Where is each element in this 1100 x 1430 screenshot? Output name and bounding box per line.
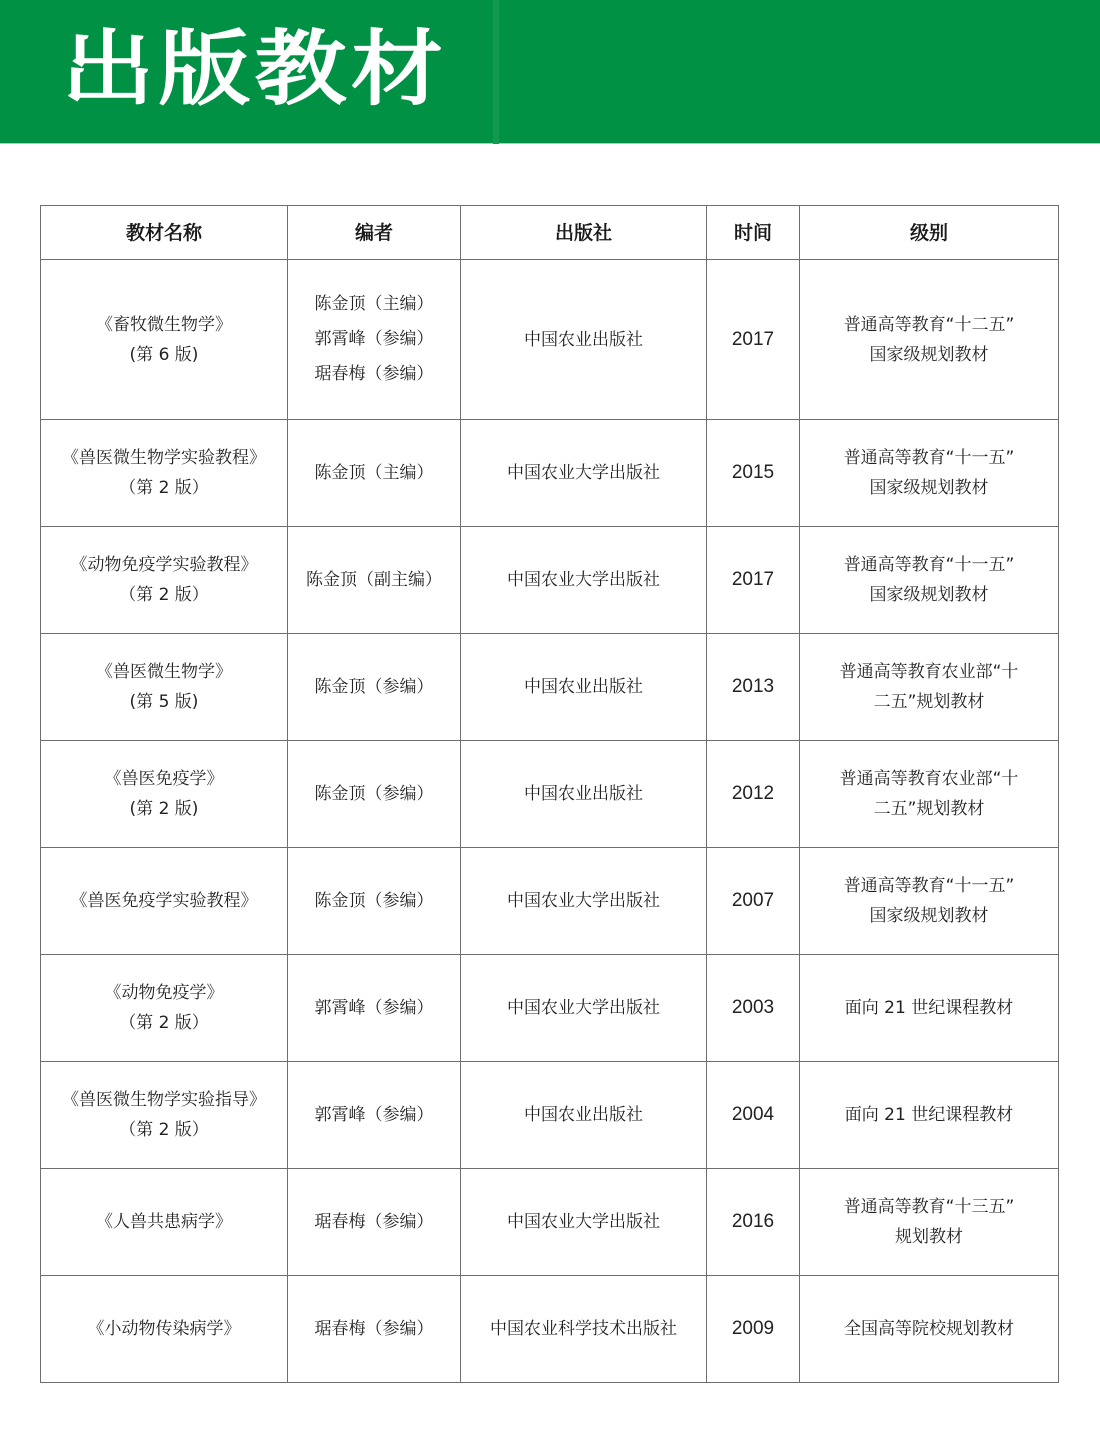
cell-editors: 郭霄峰（参编） bbox=[288, 1062, 461, 1169]
level-line: 国家级规划教材 bbox=[806, 340, 1052, 370]
cell-editors: 陈金顶（参编） bbox=[288, 634, 461, 741]
level-line: 全国高等院校规划教材 bbox=[806, 1314, 1052, 1344]
header-banner: 出版教材 bbox=[0, 0, 1100, 144]
cell-editors: 琚春梅（参编） bbox=[288, 1276, 461, 1383]
editor-line: 琚春梅（参编） bbox=[294, 1205, 454, 1240]
level-line: 普通高等教育农业部“十 bbox=[806, 657, 1052, 687]
cell-publisher: 中国农业大学出版社 bbox=[461, 1169, 707, 1276]
cell-year: 2016 bbox=[707, 1169, 800, 1276]
header-year: 时间 bbox=[707, 206, 800, 260]
cell-year: 2004 bbox=[707, 1062, 800, 1169]
cell-level: 普通高等教育“十一五”国家级规划教材 bbox=[800, 420, 1059, 527]
table-row: 《兽医免疫学》(第 2 版)陈金顶（参编）中国农业出版社2012普通高等教育农业… bbox=[41, 741, 1059, 848]
header-editors: 编者 bbox=[288, 206, 461, 260]
cell-year: 2017 bbox=[707, 260, 800, 420]
cell-title: 《兽医微生物学》(第 5 版) bbox=[41, 634, 288, 741]
table-row: 《兽医微生物学》(第 5 版)陈金顶（参编）中国农业出版社2013普通高等教育农… bbox=[41, 634, 1059, 741]
table-row: 《人兽共患病学》琚春梅（参编）中国农业大学出版社2016普通高等教育“十三五”规… bbox=[41, 1169, 1059, 1276]
book-title-line: （第 2 版） bbox=[47, 580, 281, 610]
cell-title: 《兽医微生物学实验指导》（第 2 版） bbox=[41, 1062, 288, 1169]
cell-publisher: 中国农业出版社 bbox=[461, 634, 707, 741]
editor-line: 陈金顶（参编） bbox=[294, 884, 454, 919]
book-title-line: 《人兽共患病学》 bbox=[47, 1207, 281, 1237]
editor-line: 琚春梅（参编） bbox=[294, 357, 454, 392]
editor-line: 郭霄峰（参编） bbox=[294, 322, 454, 357]
cell-title: 《动物免疫学实验教程》（第 2 版） bbox=[41, 527, 288, 634]
level-line: 普通高等教育“十一五” bbox=[806, 550, 1052, 580]
cell-editors: 陈金顶（副主编） bbox=[288, 527, 461, 634]
cell-year: 2015 bbox=[707, 420, 800, 527]
cell-editors: 陈金顶（主编）郭霄峰（参编）琚春梅（参编） bbox=[288, 260, 461, 420]
level-line: 二五”规划教材 bbox=[806, 794, 1052, 824]
cell-publisher: 中国农业大学出版社 bbox=[461, 955, 707, 1062]
cell-editors: 陈金顶（主编） bbox=[288, 420, 461, 527]
cell-level: 面向 21 世纪课程教材 bbox=[800, 1062, 1059, 1169]
editor-line: 陈金顶（主编） bbox=[294, 287, 454, 322]
book-title-line: (第 6 版) bbox=[47, 340, 281, 370]
textbooks-table-container: 教材名称 编者 出版社 时间 级别 《畜牧微生物学》(第 6 版)陈金顶（主编）… bbox=[40, 205, 1058, 1383]
book-title-line: 《动物免疫学》 bbox=[47, 978, 281, 1008]
page-title: 出版教材 bbox=[62, 22, 447, 118]
table-header-row: 教材名称 编者 出版社 时间 级别 bbox=[41, 206, 1059, 260]
header-level: 级别 bbox=[800, 206, 1059, 260]
level-line: 二五”规划教材 bbox=[806, 687, 1052, 717]
cell-year: 2012 bbox=[707, 741, 800, 848]
book-title-line: 《兽医微生物学实验指导》 bbox=[47, 1085, 281, 1115]
cell-publisher: 中国农业出版社 bbox=[461, 741, 707, 848]
table-row: 《动物免疫学》（第 2 版）郭霄峰（参编）中国农业大学出版社2003面向 21 … bbox=[41, 955, 1059, 1062]
cell-level: 普通高等教育农业部“十二五”规划教材 bbox=[800, 741, 1059, 848]
book-title-line: 《动物免疫学实验教程》 bbox=[47, 550, 281, 580]
level-line: 普通高等教育农业部“十 bbox=[806, 764, 1052, 794]
header-title: 教材名称 bbox=[41, 206, 288, 260]
level-line: 国家级规划教材 bbox=[806, 901, 1052, 931]
level-line: 面向 21 世纪课程教材 bbox=[806, 993, 1052, 1023]
cell-year: 2017 bbox=[707, 527, 800, 634]
editor-line: 陈金顶（参编） bbox=[294, 670, 454, 705]
book-title-line: 《兽医免疫学实验教程》 bbox=[47, 886, 281, 916]
book-title-line: (第 5 版) bbox=[47, 687, 281, 717]
book-title-line: 《兽医微生物学实验教程》 bbox=[47, 443, 281, 473]
cell-level: 普通高等教育农业部“十二五”规划教材 bbox=[800, 634, 1059, 741]
cell-publisher: 中国农业大学出版社 bbox=[461, 848, 707, 955]
book-title-line: （第 2 版） bbox=[47, 473, 281, 503]
cell-publisher: 中国农业大学出版社 bbox=[461, 527, 707, 634]
cell-editors: 陈金顶（参编） bbox=[288, 848, 461, 955]
editor-line: 琚春梅（参编） bbox=[294, 1312, 454, 1347]
table-row: 《动物免疫学实验教程》（第 2 版）陈金顶（副主编）中国农业大学出版社2017普… bbox=[41, 527, 1059, 634]
level-line: 普通高等教育“十一五” bbox=[806, 443, 1052, 473]
book-title-line: 《兽医微生物学》 bbox=[47, 657, 281, 687]
cell-title: 《人兽共患病学》 bbox=[41, 1169, 288, 1276]
editor-line: 郭霄峰（参编） bbox=[294, 1098, 454, 1133]
table-row: 《兽医微生物学实验指导》（第 2 版）郭霄峰（参编）中国农业出版社2004面向 … bbox=[41, 1062, 1059, 1169]
book-title-line: 《畜牧微生物学》 bbox=[47, 310, 281, 340]
level-line: 普通高等教育“十三五” bbox=[806, 1192, 1052, 1222]
textbooks-table: 教材名称 编者 出版社 时间 级别 《畜牧微生物学》(第 6 版)陈金顶（主编）… bbox=[40, 205, 1059, 1383]
editor-line: 郭霄峰（参编） bbox=[294, 991, 454, 1026]
cell-editors: 陈金顶（参编） bbox=[288, 741, 461, 848]
cell-level: 全国高等院校规划教材 bbox=[800, 1276, 1059, 1383]
level-line: 普通高等教育“十一五” bbox=[806, 871, 1052, 901]
cell-level: 普通高等教育“十一五”国家级规划教材 bbox=[800, 527, 1059, 634]
cell-title: 《动物免疫学》（第 2 版） bbox=[41, 955, 288, 1062]
level-line: 面向 21 世纪课程教材 bbox=[806, 1100, 1052, 1130]
editor-line: 陈金顶（副主编） bbox=[294, 563, 454, 598]
cell-publisher: 中国农业出版社 bbox=[461, 260, 707, 420]
cell-year: 2007 bbox=[707, 848, 800, 955]
level-line: 规划教材 bbox=[806, 1222, 1052, 1252]
cell-level: 普通高等教育“十一五”国家级规划教材 bbox=[800, 848, 1059, 955]
book-title-line: （第 2 版） bbox=[47, 1008, 281, 1038]
table-row: 《小动物传染病学》琚春梅（参编）中国农业科学技术出版社2009全国高等院校规划教… bbox=[41, 1276, 1059, 1383]
table-row: 《畜牧微生物学》(第 6 版)陈金顶（主编）郭霄峰（参编）琚春梅（参编）中国农业… bbox=[41, 260, 1059, 420]
cell-level: 普通高等教育“十二五”国家级规划教材 bbox=[800, 260, 1059, 420]
editor-line: 陈金顶（主编） bbox=[294, 456, 454, 491]
cell-editors: 琚春梅（参编） bbox=[288, 1169, 461, 1276]
table-body: 《畜牧微生物学》(第 6 版)陈金顶（主编）郭霄峰（参编）琚春梅（参编）中国农业… bbox=[41, 260, 1059, 1383]
cell-publisher: 中国农业大学出版社 bbox=[461, 420, 707, 527]
book-title-line: 《小动物传染病学》 bbox=[47, 1314, 281, 1344]
cell-year: 2013 bbox=[707, 634, 800, 741]
cell-publisher: 中国农业出版社 bbox=[461, 1062, 707, 1169]
cell-year: 2003 bbox=[707, 955, 800, 1062]
cell-title: 《畜牧微生物学》(第 6 版) bbox=[41, 260, 288, 420]
cell-title: 《兽医免疫学实验教程》 bbox=[41, 848, 288, 955]
table-row: 《兽医微生物学实验教程》（第 2 版）陈金顶（主编）中国农业大学出版社2015普… bbox=[41, 420, 1059, 527]
book-title-line: (第 2 版) bbox=[47, 794, 281, 824]
header-publisher: 出版社 bbox=[461, 206, 707, 260]
cell-title: 《小动物传染病学》 bbox=[41, 1276, 288, 1383]
cell-editors: 郭霄峰（参编） bbox=[288, 955, 461, 1062]
level-line: 国家级规划教材 bbox=[806, 580, 1052, 610]
table-row: 《兽医免疫学实验教程》陈金顶（参编）中国农业大学出版社2007普通高等教育“十一… bbox=[41, 848, 1059, 955]
cell-level: 面向 21 世纪课程教材 bbox=[800, 955, 1059, 1062]
cell-level: 普通高等教育“十三五”规划教材 bbox=[800, 1169, 1059, 1276]
editor-line: 陈金顶（参编） bbox=[294, 777, 454, 812]
level-line: 国家级规划教材 bbox=[806, 473, 1052, 503]
level-line: 普通高等教育“十二五” bbox=[806, 310, 1052, 340]
book-title-line: （第 2 版） bbox=[47, 1115, 281, 1145]
cell-year: 2009 bbox=[707, 1276, 800, 1383]
cell-publisher: 中国农业科学技术出版社 bbox=[461, 1276, 707, 1383]
banner-divider-stripe bbox=[493, 0, 499, 144]
cell-title: 《兽医微生物学实验教程》（第 2 版） bbox=[41, 420, 288, 527]
cell-title: 《兽医免疫学》(第 2 版) bbox=[41, 741, 288, 848]
book-title-line: 《兽医免疫学》 bbox=[47, 764, 281, 794]
